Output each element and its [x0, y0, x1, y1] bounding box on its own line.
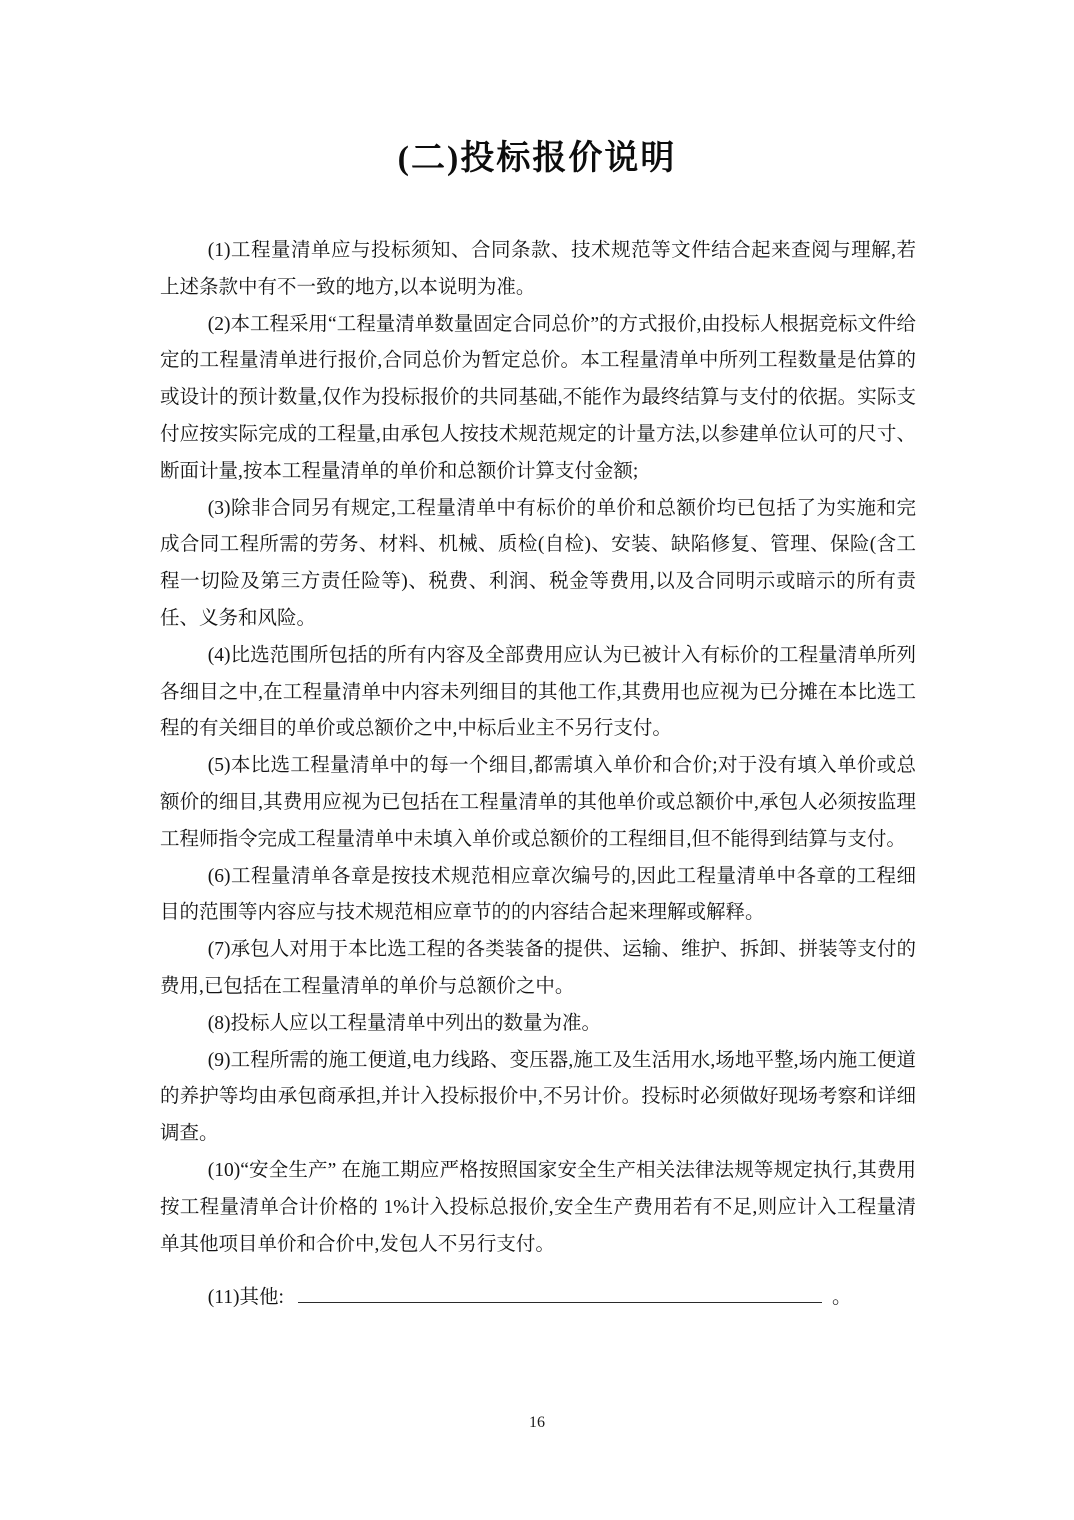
body-text: (1)工程量清单应与投标须知、合同条款、技术规范等文件结合起来查阅与理解,若上述…: [160, 233, 916, 1317]
page-title: (二)投标报价说明: [0, 0, 1074, 179]
other-clause-label: (11)其他:: [208, 1287, 284, 1308]
paragraph-5: (5)本比选工程量清单中的每一个细目,都需填入单价和合价;对于没有填入单价或总额…: [160, 748, 916, 858]
paragraph-7: (7)承包人对用于本比选工程的各类装备的提供、运输、维护、拆卸、拼装等支付的费用…: [160, 932, 916, 1006]
page-number: 16: [0, 1414, 1074, 1432]
paragraph-8: (8)投标人应以工程量清单中列出的数量为准。: [160, 1006, 916, 1043]
document-page: (二)投标报价说明 (1)工程量清单应与投标须知、合同条款、技术规范等文件结合起…: [0, 0, 1074, 1520]
paragraph-2: (2)本工程采用“工程量清单数量固定合同总价”的方式报价,由投标人根据竞标文件给…: [160, 307, 916, 491]
paragraph-4: (4)比选范围所包括的所有内容及全部费用应认为已被计入有标价的工程量清单所列各细…: [160, 638, 916, 748]
other-clause-suffix: 。: [832, 1287, 852, 1308]
paragraph-6: (6)工程量清单各章是按技术规范相应章次编号的,因此工程量清单中各章的工程细目的…: [160, 859, 916, 933]
paragraph-10: (10)“安全生产” 在施工期应严格按照国家安全生产相关法律法规等规定执行,其费…: [160, 1153, 916, 1263]
paragraph-3: (3)除非合同另有规定,工程量清单中有标价的单价和总额价均已包括了为实施和完成合…: [160, 491, 916, 638]
fill-in-blank-line: [298, 1283, 822, 1304]
paragraph-1: (1)工程量清单应与投标须知、合同条款、技术规范等文件结合起来查阅与理解,若上述…: [160, 233, 916, 307]
paragraph-9: (9)工程所需的施工便道,电力线路、变压器,施工及生活用水,场地平整,场内施工便…: [160, 1043, 916, 1153]
paragraph-11-other: (11)其他:。: [160, 1280, 916, 1317]
